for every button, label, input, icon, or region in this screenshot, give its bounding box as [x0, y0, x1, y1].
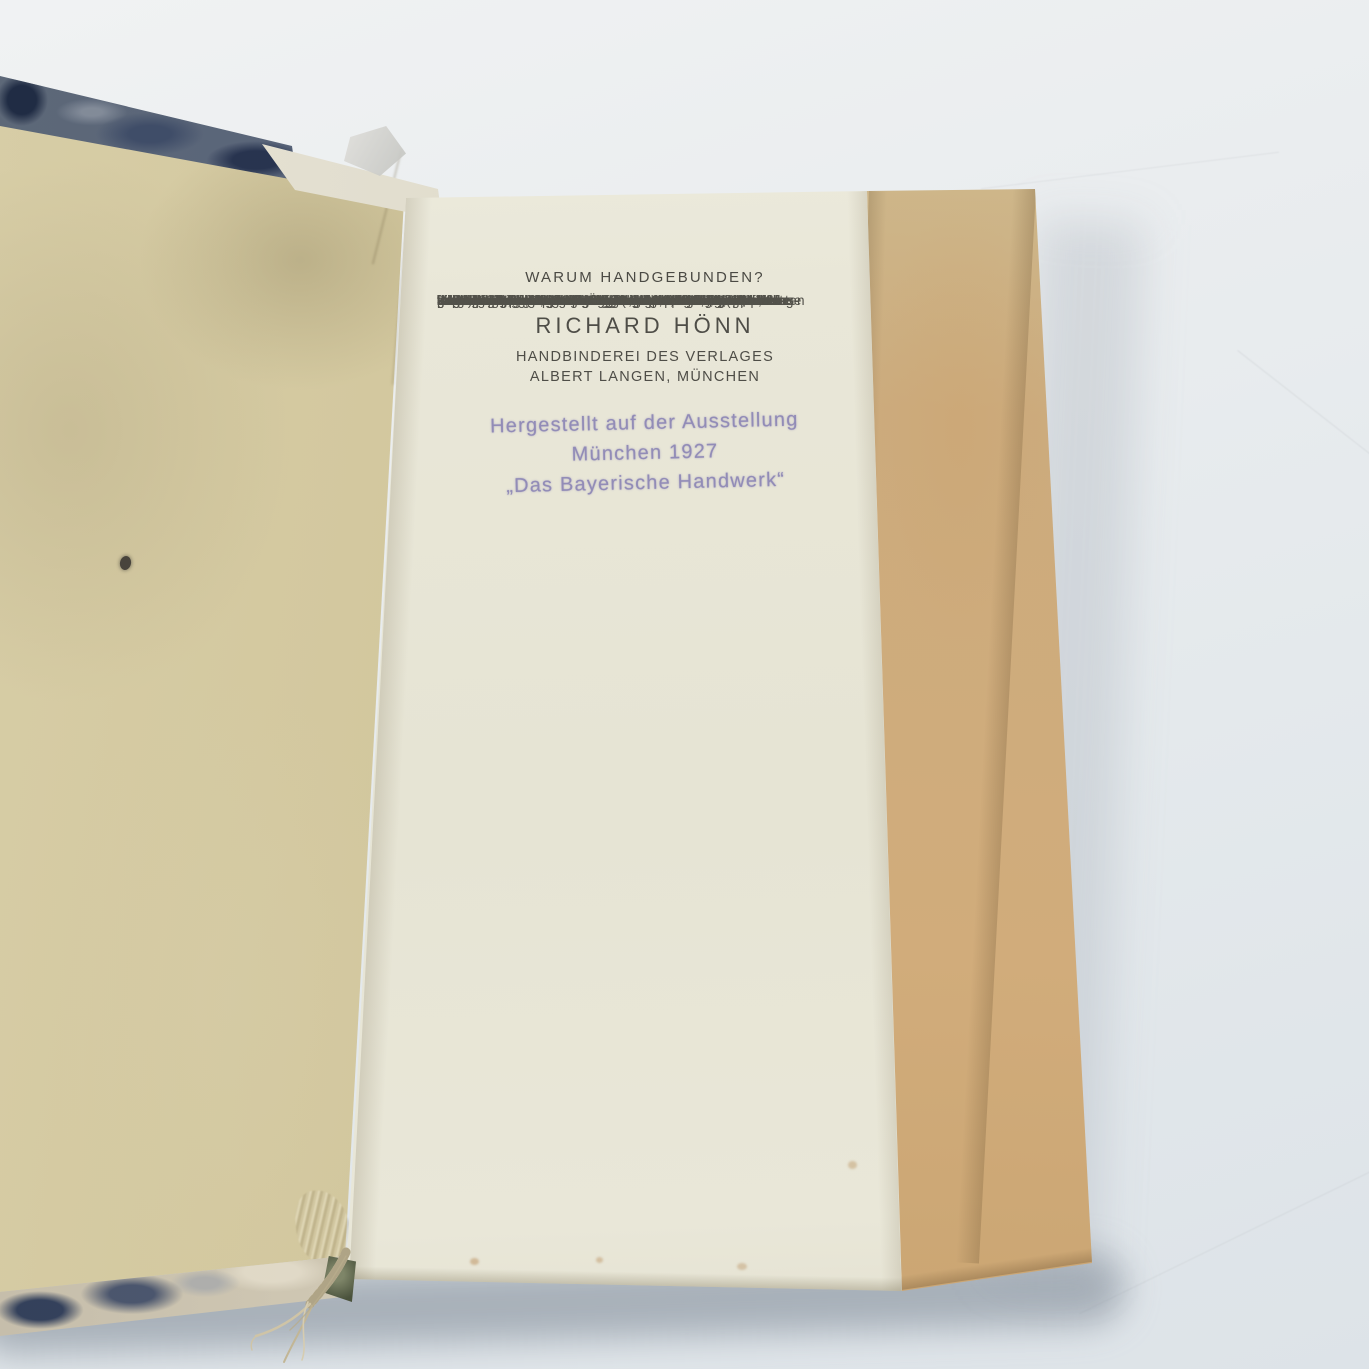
foxing-stain: [470, 1258, 479, 1265]
foxing-stain: [848, 1161, 857, 1169]
foxing-stain: [596, 1257, 603, 1263]
bindery-imprint: HANDBINDEREI DES VERLAGES ALBERT LANGEN,…: [437, 348, 853, 387]
fore-edge-shading: [956, 188, 1036, 1264]
bindery-line: HANDBINDEREI DES VERLAGES: [437, 348, 853, 368]
publisher-line: ALBERT LANGEN, MÜNCHEN: [437, 368, 853, 388]
text-line: einen Gebrauchsband gestellt werden könn…: [437, 293, 733, 309]
binder-name: RICHARD HÖNN: [437, 313, 853, 339]
foxing-stain: [737, 1263, 747, 1270]
exhibition-ink-stamp: Hergestellt auf der AusstellungMünchen 1…: [436, 403, 854, 502]
notice-heading: WARUM HANDGEBUNDEN?: [437, 268, 853, 288]
background-scratch: [981, 152, 1279, 190]
printed-notice: WARUM HANDGEBUNDEN? Die wesentlichsten V…: [437, 268, 853, 498]
frayed-bookmark-threads: [250, 1232, 440, 1369]
photo-open-book: WARUM HANDGEBUNDEN? Die wesentlichsten V…: [0, 0, 1369, 1369]
background-scratch: [1237, 350, 1369, 511]
